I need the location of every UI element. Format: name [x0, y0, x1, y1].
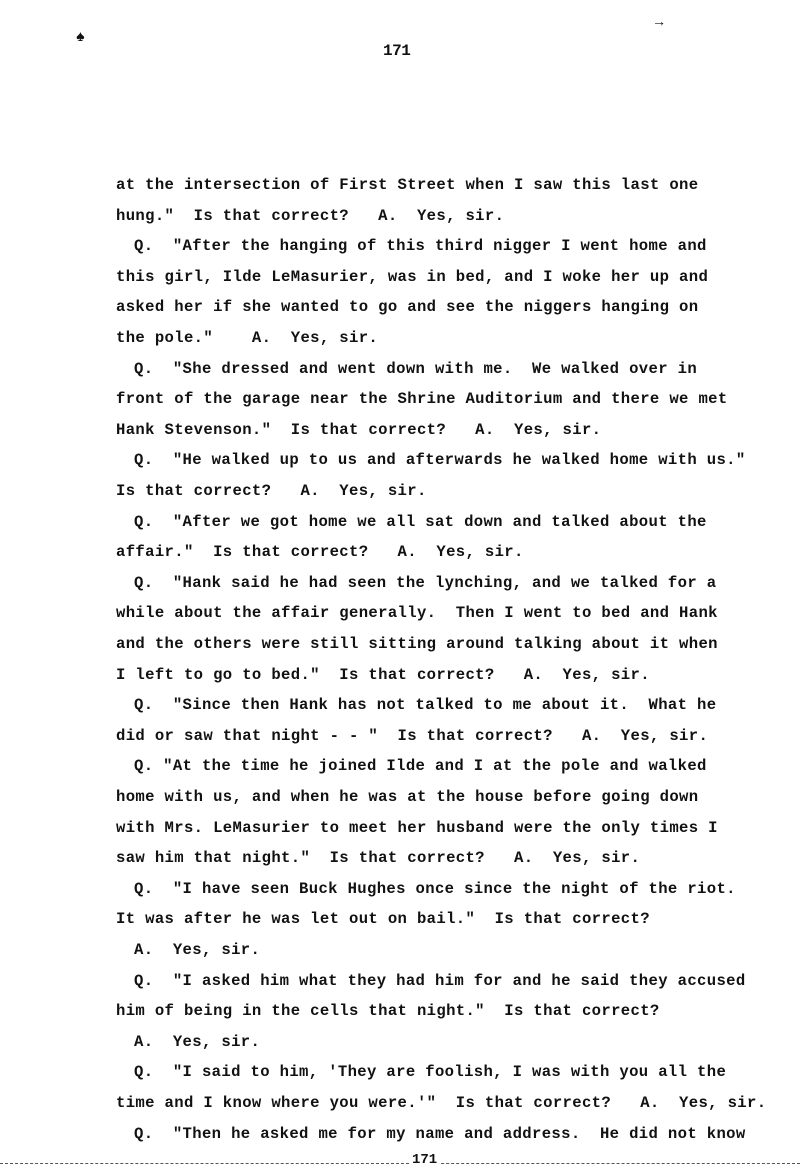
transcript-line-indented: Q. "He walked up to us and afterwards he… — [134, 450, 746, 470]
transcript-line: time and I know where you were.'" Is tha… — [116, 1093, 766, 1113]
transcript-line-indented: Q. "I asked him what they had him for an… — [134, 971, 746, 991]
margin-mark-right-icon: → — [655, 16, 663, 30]
transcript-line: Is that correct? A. Yes, sir. — [116, 481, 427, 501]
transcript-line: with Mrs. LeMasurier to meet her husband… — [116, 818, 718, 838]
page-number-footer: 171 — [410, 1153, 439, 1167]
transcript-line: hung." Is that correct? A. Yes, sir. — [116, 206, 504, 226]
transcript-line: Hank Stevenson." Is that correct? A. Yes… — [116, 420, 601, 440]
transcript-line: I left to go to bed." Is that correct? A… — [116, 665, 650, 685]
transcript-line: asked her if she wanted to go and see th… — [116, 297, 698, 317]
transcript-line: at the intersection of First Street when… — [116, 175, 698, 195]
transcript-line: It was after he was let out on bail." Is… — [116, 909, 650, 929]
transcript-line-indented: A. Yes, sir. — [134, 1032, 260, 1052]
transcript-line: the pole." A. Yes, sir. — [116, 328, 378, 348]
margin-mark-left-icon: ♠ — [76, 30, 85, 45]
footer-rule — [0, 1163, 800, 1164]
transcript-line-indented: Q. "I have seen Buck Hughes once since t… — [134, 879, 736, 899]
transcript-line-indented: Q. "After the hanging of this third nigg… — [134, 236, 707, 256]
transcript-line: did or saw that night - - " Is that corr… — [116, 726, 708, 746]
transcript-line: front of the garage near the Shrine Audi… — [116, 389, 728, 409]
transcript-line-indented: Q. "After we got home we all sat down an… — [134, 512, 707, 532]
transcript-line-indented: A. Yes, sir. — [134, 940, 260, 960]
transcript-line: saw him that night." Is that correct? A.… — [116, 848, 640, 868]
transcript-line-indented: Q. "I said to him, 'They are foolish, I … — [134, 1062, 726, 1082]
transcript-line-indented: Q. "She dressed and went down with me. W… — [134, 359, 697, 379]
transcript-line-indented: Q. "Hank said he had seen the lynching, … — [134, 573, 716, 593]
transcript-line: while about the affair generally. Then I… — [116, 603, 718, 623]
transcript-line: him of being in the cells that night." I… — [116, 1001, 660, 1021]
page-number-header: 171 — [383, 42, 410, 60]
transcript-line: home with us, and when he was at the hou… — [116, 787, 698, 807]
transcript-line: affair." Is that correct? A. Yes, sir. — [116, 542, 524, 562]
document-page: ♠ → 171 at the intersection of First Str… — [0, 0, 800, 1170]
transcript-line: this girl, Ilde LeMasurier, was in bed, … — [116, 267, 708, 287]
transcript-line-indented: Q. "Then he asked me for my name and add… — [134, 1124, 746, 1144]
transcript-line-indented: Q. "Since then Hank has not talked to me… — [134, 695, 716, 715]
transcript-line: and the others were still sitting around… — [116, 634, 718, 654]
transcript-line-indented: Q. "At the time he joined Ilde and I at … — [134, 756, 707, 776]
